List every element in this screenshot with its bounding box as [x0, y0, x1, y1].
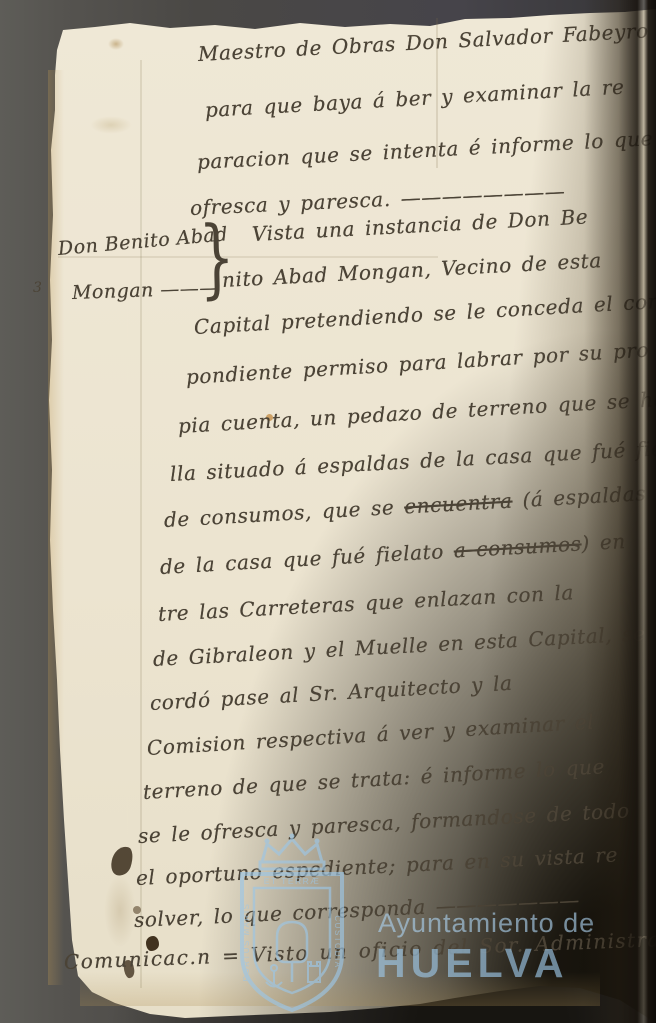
shield-motto-top: ET TERRÆ	[264, 876, 321, 886]
shield-motto-left: PORTUS MARIS	[242, 903, 251, 982]
watermark-text-huelva: HUELVA	[376, 940, 568, 987]
paper-stain	[108, 38, 124, 50]
paper-crease	[58, 256, 438, 258]
margin-brace: }	[198, 214, 235, 302]
watermark-shield-icon: ET TERRÆ PORTUS MARIS CUSTODIA	[222, 830, 362, 1023]
paper-stain	[90, 116, 132, 134]
paper-crease	[140, 60, 142, 988]
shield-motto-right: CUSTODIA	[333, 915, 342, 968]
ink-smudge	[104, 874, 136, 948]
line-segment: ) en	[581, 529, 627, 555]
manuscript-scan: Maestro de Obras Don Salvador Fabeyro pa…	[0, 0, 656, 1023]
watermark-text-ayuntamiento: Ayuntamiento de	[378, 908, 595, 939]
margin-mark: 3	[33, 280, 42, 296]
torn-edge-tint	[48, 70, 64, 985]
